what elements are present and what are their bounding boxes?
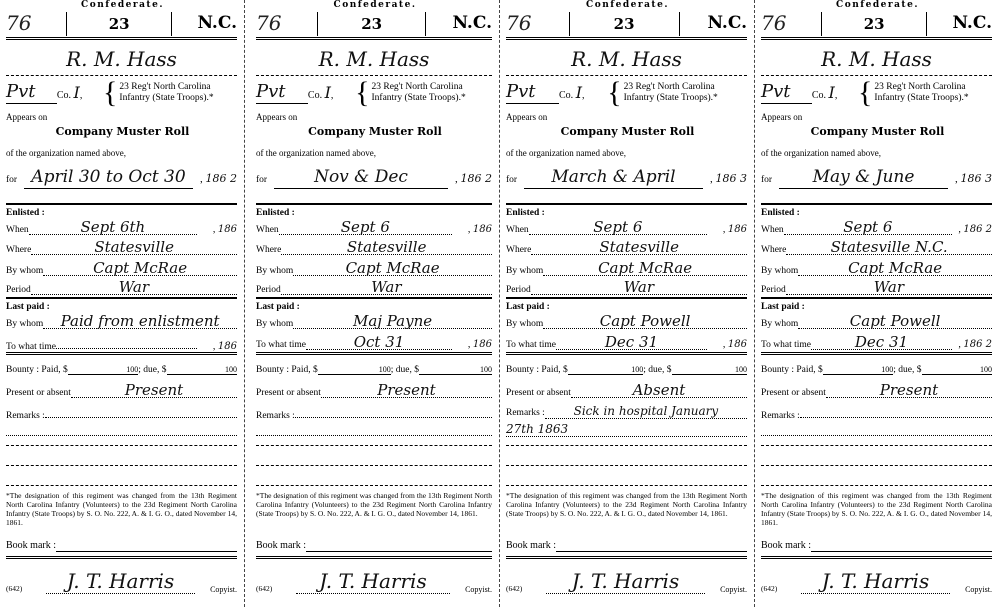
to-what-time-label: To what time	[506, 340, 556, 351]
appears-on-label: Appears on	[6, 112, 47, 122]
paid-by-label: By whom	[256, 319, 293, 330]
to-what-time-label: To what time	[761, 340, 811, 351]
rank-company-row: Pvt Co. I, { 23 Reg't North Carolina Inf…	[256, 78, 492, 108]
present-absent-label: Present or absent	[6, 388, 71, 399]
appears-on-label: Appears on	[761, 112, 802, 122]
remarks-label: Remarks :	[256, 411, 295, 422]
enlisted-year: , 186	[707, 224, 747, 236]
section-rule	[6, 297, 237, 299]
period-year-value: 186 2	[206, 172, 238, 185]
when-label: When	[256, 225, 279, 236]
last-paid-label: Last paid :	[761, 302, 805, 313]
bounty-paid: 100	[568, 365, 644, 375]
copyist-signature: J. T. Harris	[801, 570, 950, 594]
section-rule	[6, 556, 237, 559]
enlistment-period: War	[281, 280, 492, 295]
confederate-label: Confederate.	[755, 0, 1000, 10]
unit-line-2: Infantry (State Troops).*	[874, 93, 968, 103]
bounty-due: 100	[922, 365, 993, 375]
enlisted-by: Capt McRae	[293, 261, 492, 276]
paid-by: Paid from enlistment	[43, 314, 237, 329]
remarks-row: Remarks : Sick in hospital January	[506, 404, 747, 419]
enlisted-label: Enlisted :	[761, 208, 800, 219]
period-covered: May & June	[779, 168, 948, 189]
unit-line-1: 23 Reg't North Carolina	[372, 82, 463, 92]
enlistment-period: War	[531, 280, 747, 295]
form-number: (642)	[256, 585, 296, 594]
where-label: Where	[506, 245, 531, 256]
book-mark-label: Book mark :	[256, 540, 306, 552]
book-mark-value	[306, 540, 492, 552]
book-mark-value	[556, 540, 747, 552]
enlisted-year: , 186 2	[952, 224, 992, 236]
period-covered: Nov & Dec	[274, 168, 448, 189]
soldier-name: R. M. Hass	[506, 48, 747, 76]
confederate-label: Confederate.	[0, 0, 245, 10]
roll-type: Company Muster Roll	[500, 126, 755, 139]
by-whom-label: By whom	[761, 266, 798, 277]
enlisted-by: Capt McRae	[43, 261, 237, 276]
period-covered-row: for May & June , 186 3	[761, 168, 992, 189]
book-mark-row: Book mark :	[6, 540, 237, 552]
enlisted-label: Enlisted :	[256, 208, 295, 219]
bounty-paid-label: Bounty : Paid, $	[761, 365, 823, 376]
bounty-due: 100	[419, 365, 492, 375]
period-year: , 186 3	[703, 173, 747, 186]
signature-row: (642) J. T. Harris Copyist.	[256, 570, 492, 594]
soldier-name: R. M. Hass	[256, 48, 492, 76]
bounty-paid: 100	[68, 365, 139, 375]
remarks-row-2	[761, 422, 992, 436]
copyist-label: Copyist.	[450, 585, 492, 594]
enlisted-year: , 186	[197, 224, 237, 236]
company-value: I	[828, 83, 834, 102]
remarks-row: Remarks :	[761, 404, 992, 422]
paid-by-label: By whom	[6, 319, 43, 330]
remarks-line	[506, 485, 747, 486]
bounty-paid: 100	[318, 365, 391, 375]
paid-to-year: , 186	[707, 339, 747, 351]
unit-line-1: 23 Reg't North Carolina	[119, 82, 210, 92]
soldier-name: R. M. Hass	[6, 48, 237, 76]
enlisted-by: Capt McRae	[543, 261, 747, 276]
signature-row: (642) J. T. Harris Copyist.	[506, 570, 747, 594]
remarks-label: Remarks :	[761, 411, 800, 422]
form-number: (642)	[761, 585, 801, 594]
state-abbrev: N.C.	[172, 14, 237, 34]
period-label: Period	[256, 285, 281, 296]
remarks-row-2: 27th 1863	[506, 422, 747, 437]
signature-row: (642) J. T. Harris Copyist.	[6, 570, 237, 594]
remarks-line	[506, 445, 747, 446]
regiment-number: 23	[569, 12, 680, 36]
section-rule	[761, 556, 992, 559]
copyist-label: Copyist.	[705, 585, 747, 594]
company-field: Co. I,	[559, 84, 607, 102]
period-row: Period War	[761, 280, 992, 296]
form-number: (642)	[6, 585, 46, 594]
remarks-line-2	[6, 422, 237, 436]
paid-to-row: To what time , 186	[6, 335, 237, 353]
bounty-due: 100	[167, 365, 238, 375]
section-rule	[256, 297, 492, 299]
period-year-value: 186 3	[961, 172, 993, 185]
remarks-line	[6, 465, 237, 466]
remarks-label: Remarks :	[506, 408, 545, 419]
enlisted-by-row: By whom Capt McRae	[6, 261, 237, 277]
present-absent-label: Present or absent	[506, 388, 571, 399]
card-number: 76	[506, 12, 569, 35]
paid-to: Dec 31	[811, 335, 952, 350]
bounty-due-label: ; due, $	[138, 365, 166, 376]
unit-line-2: Infantry (State Troops).*	[372, 93, 466, 103]
organization-label: of the organization named above,	[6, 148, 126, 158]
paid-to-row: To what time Oct 31 , 186	[256, 335, 492, 351]
regiment-number: 23	[821, 12, 927, 36]
card-header: 76 23 N.C.	[256, 10, 492, 40]
enlisted-label: Enlisted :	[506, 208, 545, 219]
enlisted-by-row: By whom Capt McRae	[506, 261, 747, 277]
enlisted-where-row: Where Statesville	[6, 240, 237, 256]
paid-to-row: To what time Dec 31 , 186 2	[761, 335, 992, 351]
period-covered-row: for April 30 to Oct 30 , 186 2	[6, 168, 237, 189]
for-label: for	[256, 175, 274, 186]
appears-on-label: Appears on	[256, 112, 297, 122]
unit-designation: 23 Reg't North Carolina Infantry (State …	[874, 82, 968, 105]
copyist-label: Copyist.	[195, 585, 237, 594]
period-row: Period War	[506, 280, 747, 296]
section-rule	[256, 556, 492, 559]
enlistment-period: War	[31, 280, 237, 295]
remarks-row: Remarks :	[6, 404, 237, 422]
muster-roll-card-1: Confederate. 76 23 N.C. R. M. Hass Pvt C…	[0, 0, 245, 607]
regiment-number: 23	[317, 12, 426, 36]
card-header: 76 23 N.C.	[761, 10, 992, 40]
remarks-line	[6, 485, 237, 486]
remarks-line	[506, 465, 747, 466]
remarks-line	[256, 485, 492, 486]
section-rule	[256, 203, 492, 205]
paid-to-year-value: 186	[473, 339, 492, 350]
enlisted-when-row: When Sept 6 , 186 2	[761, 220, 992, 236]
enlisted-by-row: By whom Capt McRae	[761, 261, 992, 277]
enlisted-when: Sept 6	[279, 220, 452, 235]
book-mark-label: Book mark :	[506, 540, 556, 552]
present-absent-row: Present or absent Absent	[506, 383, 747, 399]
copyist-signature: J. T. Harris	[46, 570, 195, 594]
present-absent-row: Present or absent Present	[256, 383, 492, 399]
period-year: , 186 2	[448, 173, 492, 186]
company-value: I	[325, 83, 331, 102]
present-absent: Present	[321, 383, 492, 398]
soldier-name: R. M. Hass	[761, 48, 992, 76]
enlisted-where: Statesville N.C.	[786, 240, 992, 255]
when-label: When	[761, 225, 784, 236]
book-mark-row: Book mark :	[761, 540, 992, 552]
paid-to-year-value: 186	[218, 341, 237, 352]
paid-by: Capt Powell	[543, 314, 747, 329]
rank: Pvt	[256, 82, 308, 104]
paid-by-row: By whom Paid from enlistment	[6, 314, 237, 330]
enlisted-year-value: 186 2	[963, 224, 992, 235]
period-row: Period War	[256, 280, 492, 296]
rank-company-row: Pvt Co. I, { 23 Reg't North Carolina Inf…	[506, 78, 747, 108]
enlisted-when-row: When Sept 6th , 186	[6, 220, 237, 236]
to-what-time-label: To what time	[256, 340, 306, 351]
paid-to-year: , 186	[452, 339, 492, 351]
remarks-line	[761, 485, 992, 486]
company-value: I	[576, 83, 582, 102]
card-header: 76 23 N.C.	[506, 10, 747, 40]
enlisted-where: Statesville	[531, 240, 747, 255]
period-year-value: 186 2	[461, 172, 493, 185]
bounty-due-label: ; due, $	[643, 365, 671, 376]
present-absent-label: Present or absent	[256, 388, 321, 399]
enlisted-when-row: When Sept 6 , 186	[256, 220, 492, 236]
remarks-line	[256, 445, 492, 446]
for-label: for	[506, 175, 524, 186]
rank-company-row: Pvt Co. I, { 23 Reg't North Carolina Inf…	[761, 78, 992, 108]
remarks-line	[6, 445, 237, 446]
state-abbrev: N.C.	[927, 14, 992, 34]
book-mark-value	[56, 540, 237, 552]
company-label: Co.	[57, 90, 71, 101]
present-absent-row: Present or absent Present	[6, 383, 237, 399]
enlisted-where: Statesville	[281, 240, 492, 255]
enlisted-where-row: Where Statesville	[506, 240, 747, 256]
book-mark-label: Book mark :	[6, 540, 56, 552]
company-label: Co.	[559, 90, 573, 101]
rank: Pvt	[506, 82, 559, 104]
enlisted-by-row: By whom Capt McRae	[256, 261, 492, 277]
book-mark-row: Book mark :	[256, 540, 492, 552]
bounty-paid-label: Bounty : Paid, $	[506, 365, 568, 376]
section-rule	[761, 203, 992, 205]
period-covered: March & April	[524, 168, 703, 189]
present-absent-label: Present or absent	[761, 388, 826, 399]
enlisted-when: Sept 6	[529, 220, 707, 235]
state-abbrev: N.C.	[426, 14, 492, 34]
rank: Pvt	[761, 82, 812, 104]
organization-label: of the organization named above,	[256, 148, 376, 158]
paid-to-year-value: 186	[728, 339, 747, 350]
bounty-row: Bounty : Paid, $ 100 ; due, $ 100	[6, 365, 237, 376]
period-row: Period War	[6, 280, 237, 296]
card-divider	[244, 0, 245, 607]
book-mark-value	[811, 540, 992, 552]
card-header: 76 23 N.C.	[6, 10, 237, 40]
muster-roll-card-2: Confederate. 76 23 N.C. R. M. Hass Pvt C…	[250, 0, 500, 607]
present-absent: Absent	[571, 383, 747, 398]
card-number: 76	[256, 12, 317, 35]
remarks-line-2: 27th 1863	[506, 422, 747, 437]
regiment-number: 23	[66, 12, 172, 36]
company-label: Co.	[308, 90, 322, 101]
paid-by: Maj Payne	[293, 314, 492, 329]
bounty-paid: 100	[823, 365, 894, 375]
bounty-paid-label: Bounty : Paid, $	[256, 365, 318, 376]
paid-to-year: , 186	[197, 341, 237, 353]
enlisted-year: , 186	[452, 224, 492, 236]
when-label: When	[6, 225, 29, 236]
enlisted-by: Capt McRae	[798, 261, 992, 276]
paid-to-row: To what time Dec 31 , 186	[506, 335, 747, 351]
period-year: , 186 3	[948, 173, 992, 186]
when-label: When	[506, 225, 529, 236]
remarks-line	[256, 465, 492, 466]
by-whom-label: By whom	[506, 266, 543, 277]
paid-by-row: By whom Capt Powell	[506, 314, 747, 330]
where-label: Where	[6, 245, 31, 256]
brace-icon: {	[858, 78, 872, 108]
paid-to: Dec 31	[556, 335, 707, 350]
section-rule	[6, 352, 237, 355]
state-abbrev: N.C.	[680, 14, 747, 34]
paid-to-year: , 186 2	[952, 339, 992, 351]
section-rule	[506, 203, 747, 205]
enlisted-year-value: 186	[218, 224, 237, 235]
remarks-line-1	[295, 404, 492, 418]
copyist-label: Copyist.	[950, 585, 992, 594]
brace-icon: {	[607, 78, 621, 108]
remarks-line-2	[256, 422, 492, 436]
company-value: I	[73, 83, 79, 102]
enlisted-year-value: 186	[728, 224, 747, 235]
unit-line-2: Infantry (State Troops).*	[119, 93, 213, 103]
remarks-line-1	[800, 404, 992, 418]
company-field: Co. I,	[812, 84, 858, 102]
remarks-row-2	[256, 422, 492, 436]
section-rule	[506, 297, 747, 299]
appears-on-label: Appears on	[506, 112, 547, 122]
copyist-signature: J. T. Harris	[296, 570, 450, 594]
company-field: Co. I,	[308, 84, 355, 102]
last-paid-label: Last paid :	[506, 302, 550, 313]
section-rule	[506, 352, 747, 355]
footnote: *The designation of this regiment was ch…	[506, 492, 747, 519]
book-mark-label: Book mark :	[761, 540, 811, 552]
enlisted-when: Sept 6th	[29, 220, 197, 235]
period-label: Period	[6, 285, 31, 296]
present-absent-row: Present or absent Present	[761, 383, 992, 399]
enlisted-when-row: When Sept 6 , 186	[506, 220, 747, 236]
bounty-due-label: ; due, $	[893, 365, 921, 376]
section-rule	[256, 352, 492, 355]
enlisted-where-row: Where Statesville N.C.	[761, 240, 992, 256]
enlistment-period: War	[786, 280, 992, 295]
remarks-line-2	[761, 422, 992, 436]
present-absent: Present	[826, 383, 992, 398]
brace-icon: {	[355, 78, 369, 108]
paid-by-label: By whom	[761, 319, 798, 330]
period-year-value: 186 3	[716, 172, 748, 185]
roll-type: Company Muster Roll	[0, 126, 245, 139]
remarks-row: Remarks :	[256, 404, 492, 422]
muster-roll-card-4: Confederate. 76 23 N.C. R. M. Hass Pvt C…	[755, 0, 1000, 607]
footnote: *The designation of this regiment was ch…	[256, 492, 492, 519]
card-number: 76	[761, 12, 821, 35]
bounty-due: 100	[672, 365, 748, 375]
signature-row: (642) J. T. Harris Copyist.	[761, 570, 992, 594]
footnote: *The designation of this regiment was ch…	[761, 492, 992, 527]
paid-by-row: By whom Capt Powell	[761, 314, 992, 330]
enlisted-when: Sept 6	[784, 220, 952, 235]
muster-roll-card-3: Confederate. 76 23 N.C. R. M. Hass Pvt C…	[500, 0, 755, 607]
company-label: Co.	[812, 90, 826, 101]
brace-icon: {	[103, 78, 117, 108]
where-label: Where	[256, 245, 281, 256]
last-paid-label: Last paid :	[256, 302, 300, 313]
confederate-label: Confederate.	[250, 0, 500, 10]
bounty-paid-label: Bounty : Paid, $	[6, 365, 68, 376]
section-rule	[6, 203, 237, 205]
for-label: for	[761, 175, 779, 186]
form-number: (642)	[506, 585, 546, 594]
paid-by: Capt Powell	[798, 314, 992, 329]
remarks-row-2	[6, 422, 237, 436]
unit-line-1: 23 Reg't North Carolina	[874, 82, 965, 92]
paid-to: Oct 31	[306, 335, 452, 350]
section-rule	[761, 352, 992, 355]
book-mark-row: Book mark :	[506, 540, 747, 552]
footnote: *The designation of this regiment was ch…	[6, 492, 237, 527]
period-year: , 186 2	[193, 173, 237, 186]
section-rule	[761, 297, 992, 299]
by-whom-label: By whom	[6, 266, 43, 277]
paid-to-year-value: 186 2	[963, 339, 992, 350]
remarks-line	[761, 465, 992, 466]
period-label: Period	[506, 285, 531, 296]
rank-company-row: Pvt Co. I, { 23 Reg't North Carolina Inf…	[6, 78, 237, 108]
unit-line-1: 23 Reg't North Carolina	[624, 82, 715, 92]
remarks-label: Remarks :	[6, 411, 45, 422]
bounty-row: Bounty : Paid, $ 100 ; due, $ 100	[256, 365, 492, 376]
enlisted-label: Enlisted :	[6, 208, 45, 219]
enlisted-where-row: Where Statesville	[256, 240, 492, 256]
rank: Pvt	[6, 82, 57, 104]
organization-label: of the organization named above,	[761, 148, 881, 158]
organization-label: of the organization named above,	[506, 148, 626, 158]
present-absent: Present	[71, 383, 237, 398]
bounty-row: Bounty : Paid, $ 100 ; due, $ 100	[506, 365, 747, 376]
card-number: 76	[6, 12, 66, 35]
unit-designation: 23 Reg't North Carolina Infantry (State …	[372, 82, 466, 105]
for-label: for	[6, 175, 24, 186]
period-covered-row: for March & April , 186 3	[506, 168, 747, 189]
unit-designation: 23 Reg't North Carolina Infantry (State …	[119, 82, 213, 105]
unit-line-2: Infantry (State Troops).*	[624, 93, 718, 103]
enlisted-where: Statesville	[31, 240, 237, 255]
section-rule	[506, 556, 747, 559]
paid-to	[56, 335, 197, 349]
last-paid-label: Last paid :	[6, 302, 50, 313]
paid-by-label: By whom	[506, 319, 543, 330]
by-whom-label: By whom	[256, 266, 293, 277]
period-covered: April 30 to Oct 30	[24, 168, 193, 189]
roll-type: Company Muster Roll	[755, 126, 1000, 139]
company-field: Co. I,	[57, 84, 103, 102]
roll-type: Company Muster Roll	[250, 126, 500, 139]
where-label: Where	[761, 245, 786, 256]
enlisted-year-value: 186	[473, 224, 492, 235]
bounty-due-label: ; due, $	[391, 365, 419, 376]
remarks-line	[761, 445, 992, 446]
remarks-line-1: Sick in hospital January	[545, 404, 747, 419]
paid-by-row: By whom Maj Payne	[256, 314, 492, 330]
remarks-line-1	[45, 404, 237, 418]
confederate-label: Confederate.	[500, 0, 755, 10]
bounty-row: Bounty : Paid, $ 100 ; due, $ 100	[761, 365, 992, 376]
